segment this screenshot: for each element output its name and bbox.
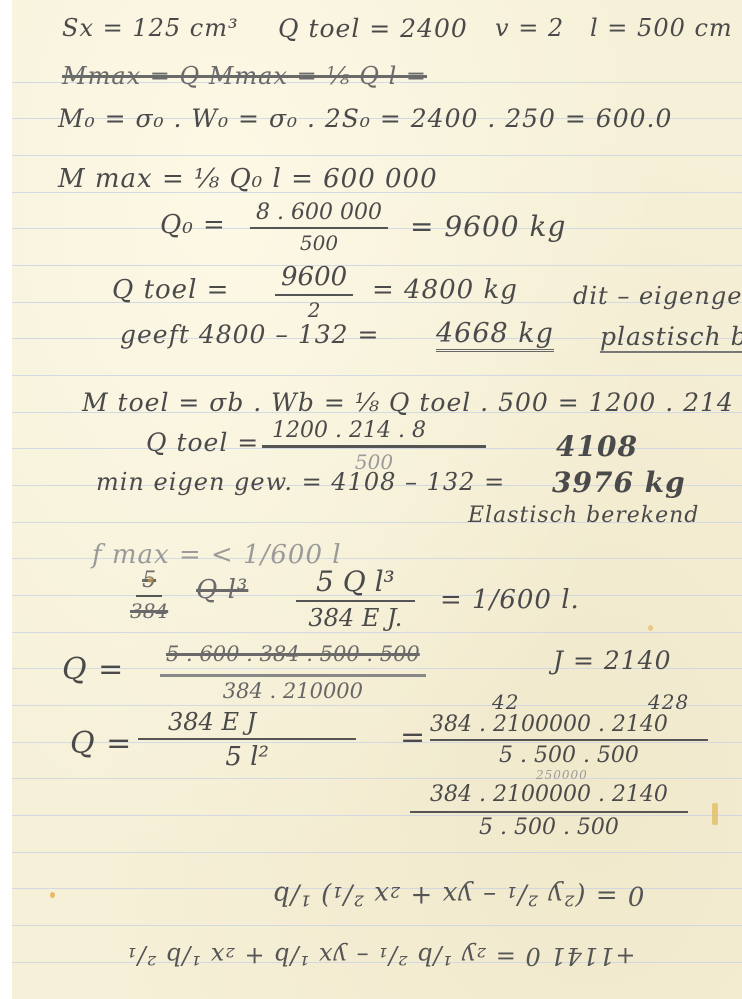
q-final-denominator: 5 . 500 . 500 <box>479 813 619 840</box>
struck-denominator: 384 <box>130 597 168 623</box>
ruled-line <box>12 155 742 156</box>
q-toel-label: Q toel = <box>112 275 229 305</box>
moment-resistance-formula: M₀ = σ₀ . W₀ = σ₀ . 2S₀ = 2400 . 250 = 6… <box>58 104 672 133</box>
deflection-numerator: 5 Q l³ <box>296 565 415 602</box>
length-value: l = 500 cm <box>590 14 733 42</box>
struck-q-numerator: 5 . 600 . 384 . 500 . 500 <box>160 642 426 677</box>
q-label-2: Q = <box>70 726 132 761</box>
elastic-result: 3976 kg <box>552 466 686 499</box>
q0-denominator: 500 <box>300 229 338 255</box>
elastic-note: Elastisch berekend <box>468 503 699 528</box>
bleed-through-line-1: 0 = (²y ²/₁ – yx + ₂x ²/₁) ¹/b <box>272 880 644 910</box>
deflection-fraction: 5 Q l³ 384 E J. <box>296 565 415 632</box>
section-modulus: Sx = 125 cm³ <box>62 14 239 42</box>
plastic-note: plastisch be <box>600 322 742 353</box>
struck-moment-formula: Mmax = Q Mmax = ⅛ Q l = <box>62 62 427 90</box>
q0-numerator: 8 . 600 000 <box>250 200 388 229</box>
plastic-result: 4668 kg <box>436 318 554 352</box>
q0-label: Q₀ = <box>160 210 226 240</box>
q0-result: = 9600 kg <box>410 210 566 243</box>
bleed-through-line-2: +1141 0 = ₂y ¹/b ²/₁ – yx ¹/b + ₂x ¹/b ²… <box>126 942 636 970</box>
q-toel-numerator: 9600 <box>275 262 353 296</box>
toel-moment-formula: M toel = σb . Wb = ⅛ Q toel . 500 = 1200… <box>82 388 734 417</box>
q-toel-elastic-fraction: 1200 . 214 . 8 500 <box>262 418 486 474</box>
ruled-line <box>12 778 742 779</box>
self-weight-note: dit – eigengew <box>573 282 742 310</box>
q-toel-value: Q toel = 2400 <box>278 14 468 43</box>
ruled-line <box>12 632 742 633</box>
inertia-value: J = 2140 <box>553 646 672 675</box>
q-toel-denominator: 2 <box>308 296 321 322</box>
over-note-428: 428 <box>648 690 689 714</box>
q-formula-fraction: 384 E J 5 l² <box>138 708 356 772</box>
q-label-1: Q = <box>62 652 124 687</box>
q-substituted-numerator: 384 . 2100000 . 2140 <box>430 712 708 741</box>
q-toel-elastic-numerator: 1200 . 214 . 8 <box>262 418 486 448</box>
q-toel-elastic-label: Q toel = <box>146 428 259 457</box>
ruled-line <box>12 375 742 376</box>
faint-note: 250000 <box>536 768 588 782</box>
q-toel-fraction: 9600 2 <box>275 262 353 322</box>
paper-stain <box>148 577 153 583</box>
ruled-line <box>12 925 742 926</box>
pencil-mark <box>712 803 718 825</box>
q-formula-denominator: 5 l² <box>225 740 269 772</box>
deflection-denominator: 384 E J. <box>308 602 402 632</box>
max-moment-formula: M max = ⅛ Q₀ l = 600 000 <box>58 164 438 194</box>
q-substituted-denominator: 5 . 500 . 500 <box>499 741 639 768</box>
torn-paper-edge <box>0 0 12 999</box>
net-load-calculation: geeft 4800 – 132 = <box>120 320 379 349</box>
struck-ql3: Q l³ <box>196 575 248 605</box>
q-toel-elastic-result: 4108 <box>556 430 638 463</box>
notebook-page: Sx = 125 cm³ Q toel = 2400 v = 2 l = 500… <box>0 0 742 999</box>
deflection-rhs: = 1/600 l. <box>440 585 580 615</box>
paper-stain <box>648 625 653 631</box>
struck-q-fraction: 5 . 600 . 384 . 500 . 500 384 . 210000 <box>160 642 426 703</box>
q-formula-numerator: 384 E J <box>138 708 356 740</box>
ruled-line <box>12 852 742 853</box>
q-substituted-fraction: 384 . 2100000 . 2140 5 . 500 . 500 <box>430 712 708 768</box>
equals-sign: = <box>400 720 426 755</box>
over-note-42: 42 <box>492 690 519 714</box>
paper-stain <box>50 892 55 898</box>
min-self-weight-calc: min eigen gew. = 4108 – 132 = <box>96 468 505 496</box>
q-final-fraction: 384 . 2100000 . 2140 5 . 500 . 500 <box>410 782 688 840</box>
q-final-numerator: 384 . 2100000 . 2140 <box>410 782 688 813</box>
q0-fraction: 8 . 600 000 500 <box>250 200 388 255</box>
struck-q-denominator: 384 . 210000 <box>223 677 363 703</box>
ruled-line <box>12 705 742 706</box>
q-toel-result: = 4800 kg <box>372 275 518 305</box>
ruled-line <box>12 265 742 266</box>
v-value: v = 2 <box>495 14 564 42</box>
